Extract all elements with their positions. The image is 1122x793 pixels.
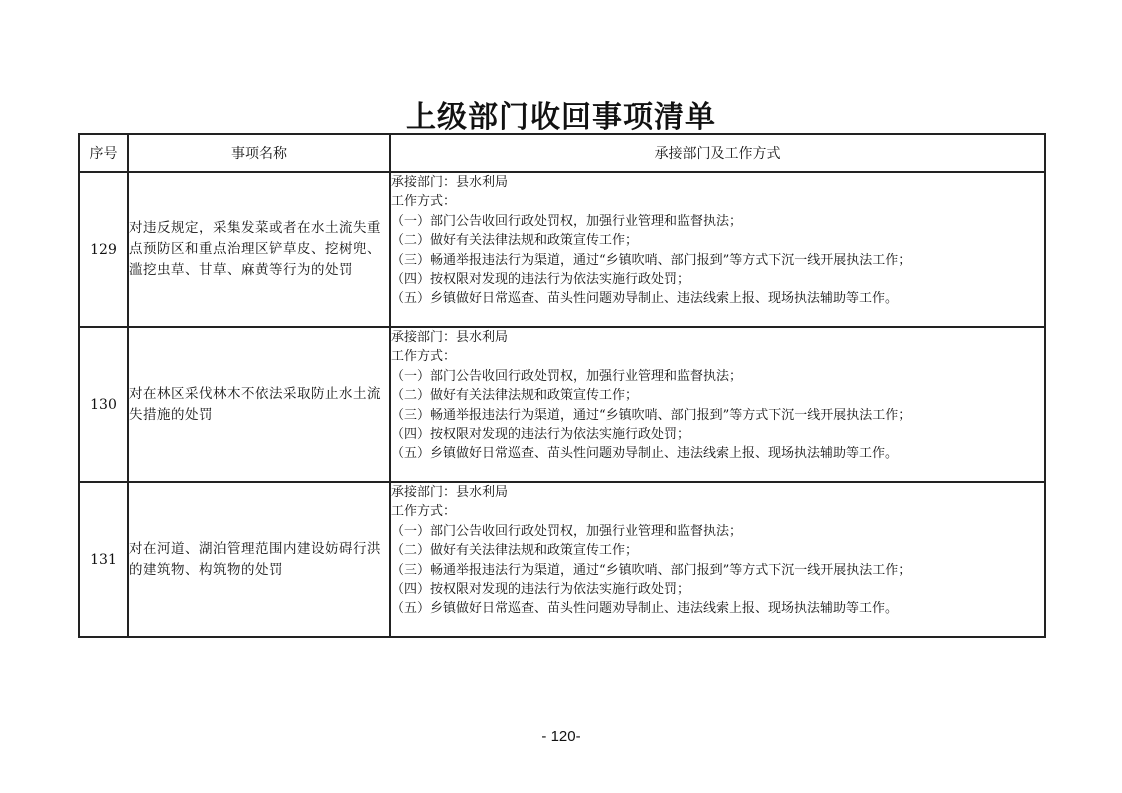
row-item-name: 对在河道、湖泊管理范围内建设妨碍行洪的建筑物、构筑物的处罚 bbox=[128, 482, 390, 637]
method-item-1: （一）部门公告收回行政处罚权，加强行业管理和监督执法； bbox=[391, 367, 1044, 386]
department-line: 承接部门：县水利局 bbox=[391, 173, 1044, 192]
row-index: 130 bbox=[79, 327, 128, 482]
header-department-method: 承接部门及工作方式 bbox=[390, 134, 1045, 172]
method-item-5: （五）乡镇做好日常巡查、苗头性问题劝导制止、违法线索上报、现场执法辅助等工作。 bbox=[391, 289, 1044, 308]
method-label: 工作方式： bbox=[391, 502, 1044, 521]
method-item-4: （四）按权限对发现的违法行为依法实施行政处罚； bbox=[391, 580, 1044, 599]
row-item-name: 对在林区采伐林木不依法采取防止水土流失措施的处罚 bbox=[128, 327, 390, 482]
method-item-2: （二）做好有关法律法规和政策宣传工作； bbox=[391, 231, 1044, 250]
header-index: 序号 bbox=[79, 134, 128, 172]
row-index: 129 bbox=[79, 172, 128, 327]
table-row: 130 对在林区采伐林木不依法采取防止水土流失措施的处罚 承接部门：县水利局 工… bbox=[79, 327, 1045, 482]
table-header-row: 序号 事项名称 承接部门及工作方式 bbox=[79, 134, 1045, 172]
method-label: 工作方式： bbox=[391, 192, 1044, 211]
row-department-method: 承接部门：县水利局 工作方式： （一）部门公告收回行政处罚权，加强行业管理和监督… bbox=[390, 327, 1045, 482]
method-item-1: （一）部门公告收回行政处罚权，加强行业管理和监督执法； bbox=[391, 522, 1044, 541]
recalled-items-table: 序号 事项名称 承接部门及工作方式 129 对违反规定，采集发菜或者在水土流失重… bbox=[78, 133, 1046, 638]
method-item-2: （二）做好有关法律法规和政策宣传工作； bbox=[391, 541, 1044, 560]
method-item-5: （五）乡镇做好日常巡查、苗头性问题劝导制止、违法线索上报、现场执法辅助等工作。 bbox=[391, 599, 1044, 618]
department-line: 承接部门：县水利局 bbox=[391, 483, 1044, 502]
method-item-2: （二）做好有关法律法规和政策宣传工作； bbox=[391, 386, 1044, 405]
row-department-method: 承接部门：县水利局 工作方式： （一）部门公告收回行政处罚权，加强行业管理和监督… bbox=[390, 172, 1045, 327]
method-item-3: （三）畅通举报违法行为渠道，通过“乡镇吹哨、部门报到”等方式下沉一线开展执法工作… bbox=[391, 406, 1044, 425]
method-item-4: （四）按权限对发现的违法行为依法实施行政处罚； bbox=[391, 425, 1044, 444]
row-index: 131 bbox=[79, 482, 128, 637]
method-item-3: （三）畅通举报违法行为渠道，通过“乡镇吹哨、部门报到”等方式下沉一线开展执法工作… bbox=[391, 561, 1044, 580]
method-item-1: （一）部门公告收回行政处罚权，加强行业管理和监督执法； bbox=[391, 212, 1044, 231]
department-line: 承接部门：县水利局 bbox=[391, 328, 1044, 347]
row-item-name: 对违反规定，采集发菜或者在水土流失重点预防区和重点治理区铲草皮、挖树兜、滥挖虫草… bbox=[128, 172, 390, 327]
method-item-5: （五）乡镇做好日常巡查、苗头性问题劝导制止、违法线索上报、现场执法辅助等工作。 bbox=[391, 444, 1044, 463]
table-row: 131 对在河道、湖泊管理范围内建设妨碍行洪的建筑物、构筑物的处罚 承接部门：县… bbox=[79, 482, 1045, 637]
page-number: - 120- bbox=[0, 728, 1122, 745]
method-item-3: （三）畅通举报违法行为渠道，通过“乡镇吹哨、部门报到”等方式下沉一线开展执法工作… bbox=[391, 251, 1044, 270]
header-item-name: 事项名称 bbox=[128, 134, 390, 172]
table-row: 129 对违反规定，采集发菜或者在水土流失重点预防区和重点治理区铲草皮、挖树兜、… bbox=[79, 172, 1045, 327]
method-item-4: （四）按权限对发现的违法行为依法实施行政处罚； bbox=[391, 270, 1044, 289]
document-title: 上级部门收回事项清单 bbox=[0, 92, 1122, 136]
method-label: 工作方式： bbox=[391, 347, 1044, 366]
row-department-method: 承接部门：县水利局 工作方式： （一）部门公告收回行政处罚权，加强行业管理和监督… bbox=[390, 482, 1045, 637]
